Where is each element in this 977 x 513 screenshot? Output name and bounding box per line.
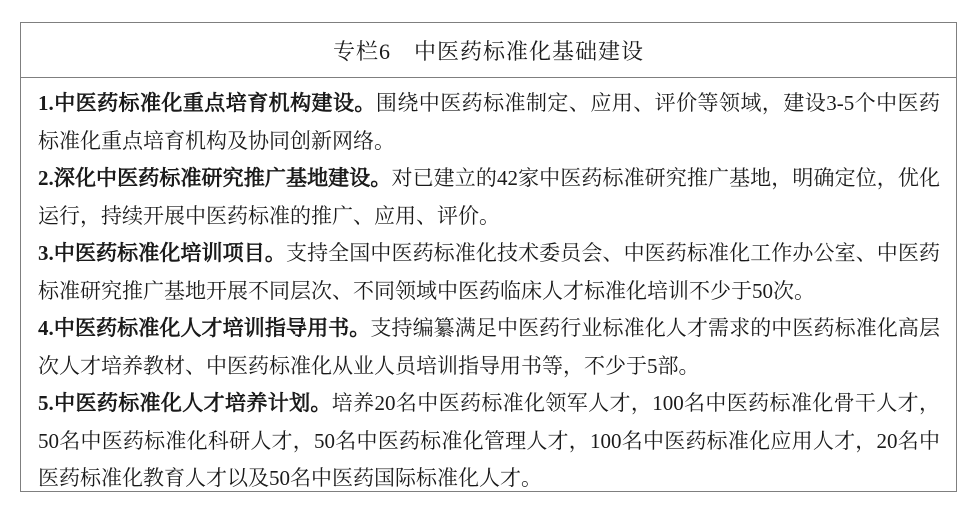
box-item-3: 3.中医药标准化培训项目。支持全国中医药标准化技术委员会、中医药标准化工作办公室… [38, 235, 940, 310]
box-item-4-lead: 4.中医药标准化人才培训指导用书。 [38, 316, 370, 340]
box-item-3-lead: 3.中医药标准化培训项目。 [38, 241, 286, 265]
box-item-4: 4.中医药标准化人才培训指导用书。支持编纂满足中医药行业标准化人才需求的中医药标… [38, 310, 940, 385]
box-item-2: 2.深化中医药标准研究推广基地建设。对已建立的42家中医药标准研究推广基地，明确… [38, 160, 940, 235]
box-item-2-lead: 2.深化中医药标准研究推广基地建设。 [38, 166, 391, 190]
box-item-1: 1.中医药标准化重点培育机构建设。围绕中医药标准制定、应用、评价等领域，建设3-… [38, 85, 940, 160]
column-box: 专栏6 中医药标准化基础建设 1.中医药标准化重点培育机构建设。围绕中医药标准制… [20, 22, 957, 492]
box-item-5-lead: 5.中医药标准化人才培养计划。 [38, 391, 332, 415]
box-body: 1.中医药标准化重点培育机构建设。围绕中医药标准制定、应用、评价等领域，建设3-… [21, 78, 956, 498]
box-item-5: 5.中医药标准化人才培养计划。培养20名中医药标准化领军人才，100名中医药标准… [38, 385, 940, 498]
box-item-1-lead: 1.中医药标准化重点培育机构建设。 [38, 91, 376, 115]
box-title: 专栏6 中医药标准化基础建设 [21, 23, 956, 78]
